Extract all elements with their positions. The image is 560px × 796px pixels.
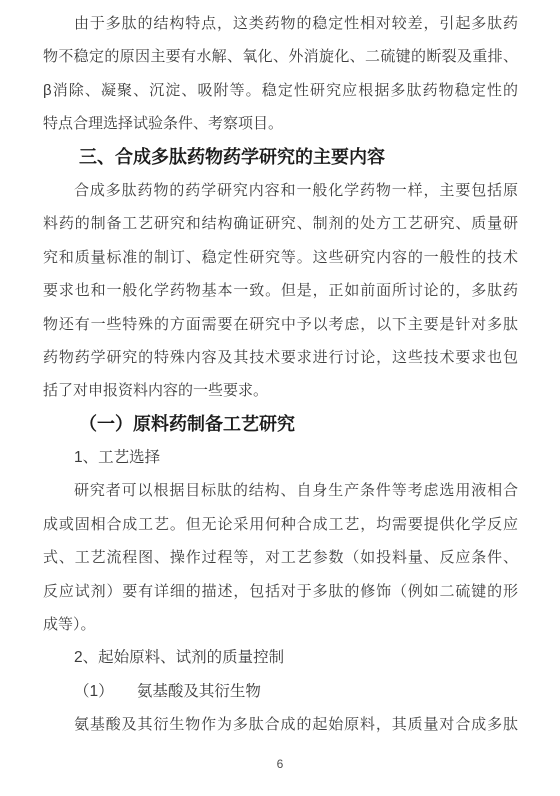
page-number: 6 [277, 757, 284, 771]
document-body: 由于多肽的结构特点，这类药物的稳定性相对较差，引起多肽药物不稳定的原因主要有水解… [43, 7, 518, 742]
page-footer: 6 [0, 754, 560, 774]
text-line: 成等）。 [43, 608, 518, 641]
text-line: 药物药学研究的特殊内容及其技术要求进行讨论，这些技术要求也包 [43, 341, 518, 374]
text-line: 物还有一些特殊的方面需要在研究中予以考虑，以下主要是针对多肽 [43, 308, 518, 341]
text-line: 成或固相合成工艺。但无论采用何种合成工艺，均需要提供化学反应 [43, 508, 518, 541]
subsection-heading: （一）原料药制备工艺研究 [43, 408, 518, 441]
list-item-line: 1、工艺选择 [43, 441, 518, 474]
text-line: 由于多肽的结构特点，这类药物的稳定性相对较差，引起多肽药 [43, 7, 518, 40]
text-line: β消除、凝聚、沉淀、吸附等。稳定性研究应根据多肽药物稳定性的 [43, 74, 518, 107]
list-item-line: （1） 氨基酸及其衍生物 [43, 675, 518, 708]
text-line: 反应试剂）要有详细的描述，包括对于多肽的修饰（例如二硫键的形 [43, 575, 518, 608]
text-line: 氨基酸及其衍生物作为多肽合成的起始原料，其质量对合成多肽 [43, 708, 518, 741]
section-heading: 三、合成多肽药物药学研究的主要内容 [43, 141, 518, 174]
text-line: 括了对申报资料内容的一些要求。 [43, 374, 518, 407]
text-line: 物不稳定的原因主要有水解、氧化、外消旋化、二硫键的断裂及重排、 [43, 40, 518, 73]
text-line: 料药的制备工艺研究和结构确证研究、制剂的处方工艺研究、质量研 [43, 207, 518, 240]
text-line: 合成多肽药物的药学研究内容和一般化学药物一样，主要包括原 [43, 174, 518, 207]
text-line: 式、工艺流程图、操作过程等，对工艺参数（如投料量、反应条件、 [43, 541, 518, 574]
text-line: 研究者可以根据目标肽的结构、自身生产条件等考虑选用液相合 [43, 474, 518, 507]
list-item-line: 2、起始原料、试剂的质量控制 [43, 641, 518, 674]
text-line: 究和质量标准的制订、稳定性研究等。这些研究内容的一般性的技术 [43, 241, 518, 274]
document-page: 由于多肽的结构特点，这类药物的稳定性相对较差，引起多肽药物不稳定的原因主要有水解… [0, 0, 560, 796]
text-line: 要求也和一般化学药物基本一致。但是，正如前面所讨论的，多肽药 [43, 274, 518, 307]
text-line: 特点合理选择试验条件、考察项目。 [43, 107, 518, 140]
